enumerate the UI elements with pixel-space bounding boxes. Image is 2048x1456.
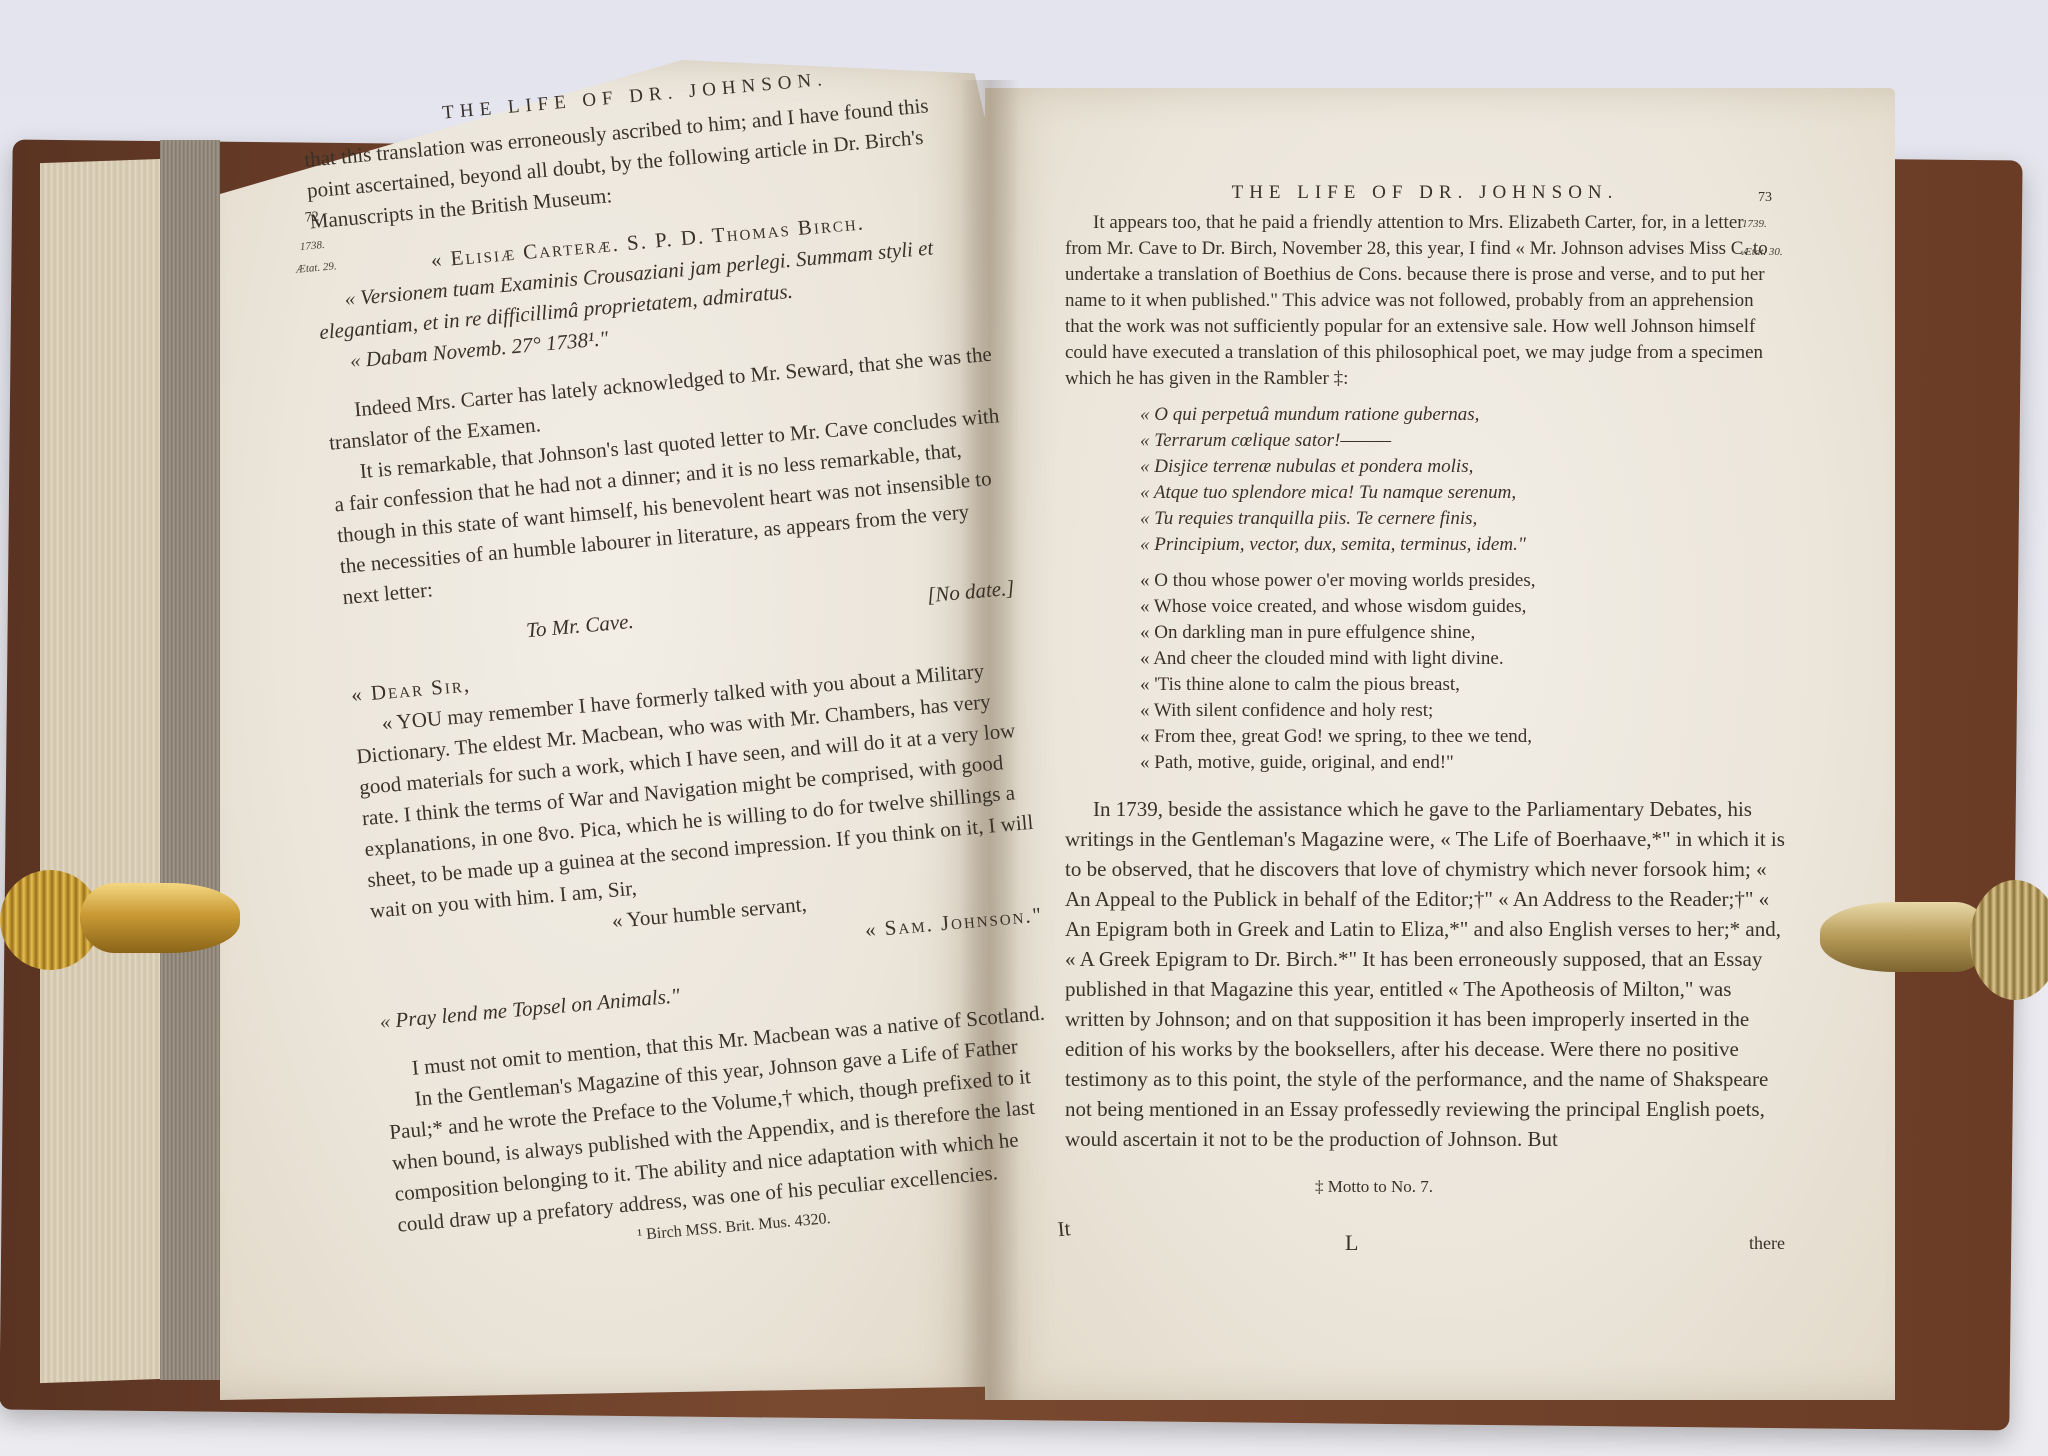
running-head: THE LIFE OF DR. JOHNSON.	[1065, 180, 1785, 206]
latin-verse: « O qui perpetuâ mundum ratione gubernas…	[1065, 402, 1785, 558]
hand-icon	[1820, 902, 1990, 972]
verse-line: « Terrarum cœlique sator!———	[1065, 428, 1785, 454]
paragraph: It appears too, that he paid a friendly …	[1065, 210, 1785, 392]
footnote: ‡ Motto to No. 7.	[1065, 1174, 1785, 1200]
catchword: there	[1749, 1230, 1785, 1256]
verse-line: « Disjice terrenæ nubulas et pondera mol…	[1065, 454, 1785, 480]
right-page-text: THE LIFE OF DR. JOHNSON. It appears too,…	[1065, 180, 1785, 1256]
verse-line: « Whose voice created, and whose wisdom …	[1065, 594, 1785, 620]
english-verse: « O thou whose power o'er moving worlds …	[1065, 568, 1785, 776]
page-number: 73	[1758, 190, 1772, 206]
paragraph: In 1739, beside the assistance which he …	[1065, 794, 1785, 1154]
hand-icon	[80, 883, 240, 953]
margin-note-age: Ætat. 30.	[1742, 246, 1783, 258]
verse-line: « And cheer the clouded mind with light …	[1065, 646, 1785, 672]
signature-mark: L	[1065, 1230, 1358, 1256]
margin-note-year: 1739.	[1742, 218, 1767, 230]
verse-line: « With silent confidence and holy rest;	[1065, 698, 1785, 724]
page-stack-edge	[160, 140, 220, 1380]
brass-hand-clip-left	[0, 865, 200, 955]
verse-line: « On darkling man in pure effulgence shi…	[1065, 620, 1785, 646]
verse-line: « Atque tuo splendore mica! Tu namque se…	[1065, 480, 1785, 506]
left-page-text: THE LIFE OF DR. JOHNSON. that this trans…	[300, 52, 1072, 1303]
verse-line: « 'Tis thine alone to calm the pious bre…	[1065, 672, 1785, 698]
margin-note-year: 1738.	[300, 239, 326, 253]
verse-line: « Tu requies tranquilla piis. Te cernere…	[1065, 506, 1785, 532]
verse-line: « Path, motive, guide, original, and end…	[1065, 750, 1785, 776]
verse-line: « Principium, vector, dux, semita, termi…	[1065, 532, 1785, 558]
brass-hand-clip-right	[1820, 880, 2020, 970]
verse-line: « From thee, great God! we spring, to th…	[1065, 724, 1785, 750]
page-number: 72	[304, 209, 319, 226]
verse-line: « O qui perpetuâ mundum ratione gubernas…	[1065, 402, 1785, 428]
verse-line: « O thou whose power o'er moving worlds …	[1065, 568, 1785, 594]
